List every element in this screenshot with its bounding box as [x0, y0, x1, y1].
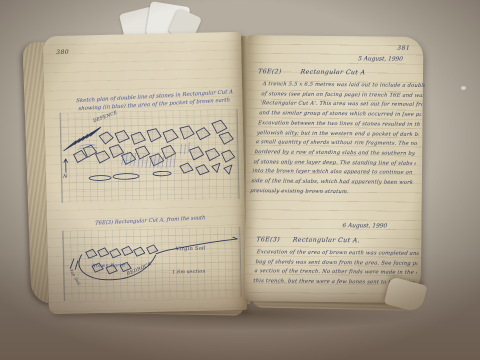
section-caption: T6E(3) Rectangular Cut A, from the south [95, 215, 206, 226]
entry1-body: A trench 5.5 x 6.5 metres was laid out t… [250, 80, 425, 198]
entry2-heading: T6E(3) Rectangular Cut A. [256, 236, 361, 244]
left-page: 380 Sketch plan of double line of stones… [43, 32, 247, 314]
scale-label: 1.6m section [172, 270, 206, 276]
plan-sketch-drawing [61, 109, 239, 203]
entry2-heading-title: Rectangular Cut A. [292, 237, 360, 245]
plan-sketch: DEFENCE N [60, 109, 240, 203]
entry1-heading: T6E(2) Rectangular Cut A [258, 68, 366, 76]
page-number-left: 380 [56, 49, 69, 56]
photo-scene: 380 Sketch plan of double line of stones… [0, 0, 480, 360]
north-label: N [63, 174, 68, 180]
right-page: 381 5 August, 1990 T6E(2) Rectangular Cu… [245, 35, 424, 303]
entry1-date: 5 August, 1990 [358, 56, 403, 62]
entry1-heading-code: T6E(2) [258, 68, 283, 75]
virgin-soil-label: Virgin Soil [176, 246, 206, 253]
brown-earth-label: Brown Earth [92, 263, 125, 269]
page-number-right: 381 [397, 45, 410, 52]
handwritten-line: previously existing brown stratum. [250, 187, 413, 198]
entry2-date: 6 August, 1990 [342, 223, 387, 229]
section-sketch: Brown Earth BEDROCK Virgin Soil 1.6m sec… [62, 227, 242, 301]
entry1-heading-title: Rectangular Cut A [300, 69, 366, 77]
wall-fleck [461, 86, 466, 90]
entry2-heading-code: T6E(3) [256, 236, 281, 243]
